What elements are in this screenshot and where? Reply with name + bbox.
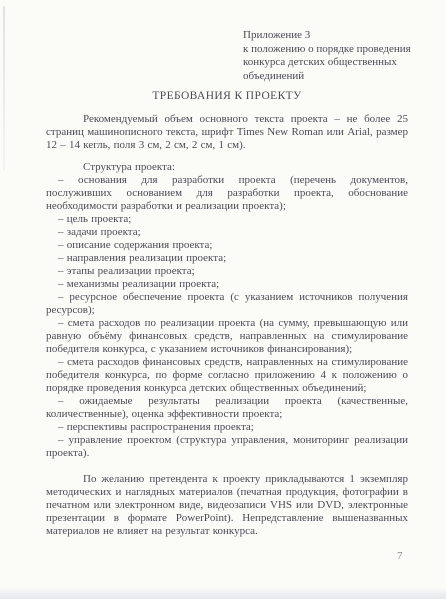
list-item: – цель проекта; bbox=[46, 213, 408, 226]
structure-heading: Структура проекта: bbox=[46, 161, 408, 174]
appendix-block: Приложение 3 к положению о порядке прове… bbox=[243, 29, 408, 83]
list-item: – описание содержания проекта; bbox=[46, 239, 408, 252]
list-item: – механизмы реализации проекта; bbox=[46, 278, 408, 291]
list-item: – задачи проекта; bbox=[46, 226, 408, 239]
list-item: – основания для разработки проекта (пере… bbox=[46, 174, 408, 213]
appendix-line: к положению о порядке проведения bbox=[243, 43, 408, 57]
appendix-line: конкурса детских общественных bbox=[243, 56, 408, 70]
page-number: 7 bbox=[397, 550, 403, 562]
list-item: – смета расходов по реализации проекта (… bbox=[46, 317, 408, 356]
page-bottom-shadow bbox=[0, 588, 446, 599]
scan-edge-artifact bbox=[3, 6, 5, 171]
list-item: – направления реализации проекта; bbox=[46, 252, 408, 265]
list-item: – этапы реализации проекта; bbox=[46, 265, 408, 278]
list-item: – смета расходов финансовых средств, нап… bbox=[46, 356, 408, 395]
list-item: – ожидаемые результаты реализации проект… bbox=[46, 395, 408, 421]
list-item: – перспективы распространения проекта; bbox=[46, 421, 408, 434]
document-content: Приложение 3 к положению о порядке прове… bbox=[46, 0, 408, 538]
document-title: ТРЕБОВАНИЯ К ПРОЕКТУ bbox=[46, 89, 408, 103]
intro-paragraph: Рекомендуемый объем основного текста про… bbox=[46, 113, 408, 152]
closing-paragraph: По желанию претендента к проекту приклад… bbox=[46, 473, 408, 538]
document-page: Приложение 3 к положению о порядке прове… bbox=[0, 0, 446, 599]
list-item: – ресурсное обеспечение проекта (с указа… bbox=[46, 291, 408, 317]
appendix-line: Приложение 3 bbox=[243, 29, 408, 43]
list-item: – управление проектом (структура управле… bbox=[46, 434, 408, 460]
appendix-line: объединений bbox=[243, 70, 408, 84]
